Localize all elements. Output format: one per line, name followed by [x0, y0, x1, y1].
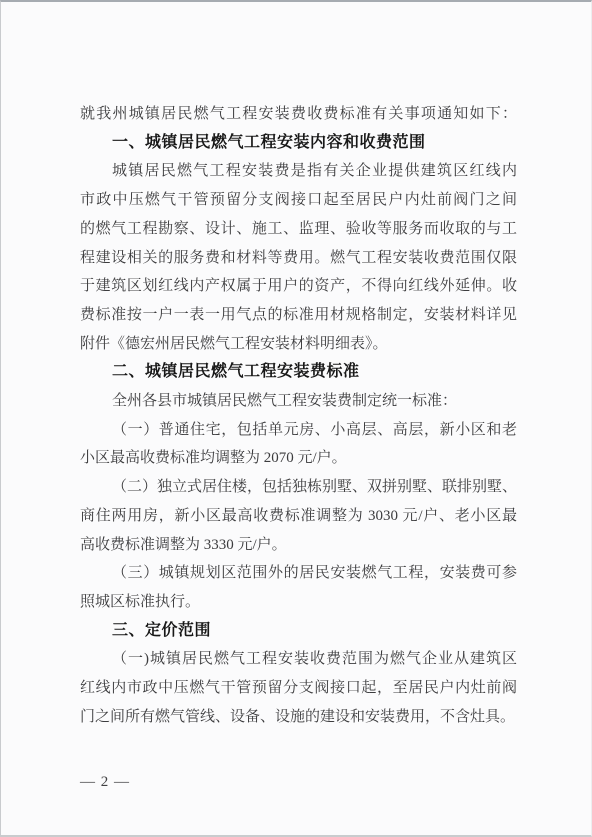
text-line: 市政中压燃气干管预留分支阀接口起至居民户内灶前阀门之间: [80, 186, 517, 215]
section-1-heading: 一、城镇居民燃气工程安装内容和收费范围: [80, 129, 517, 158]
text-line: 商住两用房，新小区最高收费标准调整为 3030 元/户、老小区最: [80, 502, 517, 531]
text-line: （二）独立式居住楼，包括独栋别墅、双拼别墅、联排别墅、: [80, 473, 517, 502]
text-line: 门之间所有燃气管线、设备、设施的建设和安装费用，不含灶具。: [80, 703, 517, 732]
text-line: 小区最高收费标准均调整为 2070 元/户。: [80, 444, 517, 473]
text-line: （三）城镇规划区范围外的居民安装燃气工程，安装费可参: [80, 559, 517, 588]
text-line: 于建筑区划红线内产权属于用户的资产，不得向红线外延伸。收: [80, 272, 517, 301]
text-line: 全州各县市城镇居民燃气工程安装费制定统一标准：: [80, 387, 517, 416]
section-3-heading: 三、定价范围: [80, 617, 517, 646]
text-line: 程建设相关的服务费和材料等费用。燃气工程安装收费范围仅限: [80, 244, 517, 273]
document-page: 就我州城镇居民燃气工程安装费收费标准有关事项通知如下： 一、城镇居民燃气工程安装…: [0, 0, 592, 837]
page-number: — 2 —: [80, 773, 130, 791]
text-line: 的燃气工程勘察、设计、施工、监理、验收等服务而收取的与工: [80, 215, 517, 244]
text-line: （一)城镇居民燃气工程安装收费范围为燃气企业从建筑区: [80, 645, 517, 674]
text-line: 费标准按一户一表一用气点的标准用材规格制定，安装材料详见: [80, 301, 517, 330]
text-line: 城镇居民燃气工程安装费是指有关企业提供建筑区红线内: [80, 157, 517, 186]
text-line: 高收费标准调整为 3330 元/户。: [80, 531, 517, 560]
text-line: （一）普通住宅，包括单元房、小高层、高层，新小区和老: [80, 416, 517, 445]
section-2-heading: 二、城镇居民燃气工程安装费标准: [80, 358, 517, 387]
document-body: 就我州城镇居民燃气工程安装费收费标准有关事项通知如下： 一、城镇居民燃气工程安装…: [80, 100, 517, 731]
intro-line: 就我州城镇居民燃气工程安装费收费标准有关事项通知如下：: [80, 100, 517, 129]
text-line: 附件《德宏州居民燃气工程安装材料明细表》。: [80, 330, 517, 359]
text-line: 红线内市政中压燃气干管预留分支阀接口起，至居民户内灶前阀: [80, 674, 517, 703]
text-line: 照城区标准执行。: [80, 588, 517, 617]
